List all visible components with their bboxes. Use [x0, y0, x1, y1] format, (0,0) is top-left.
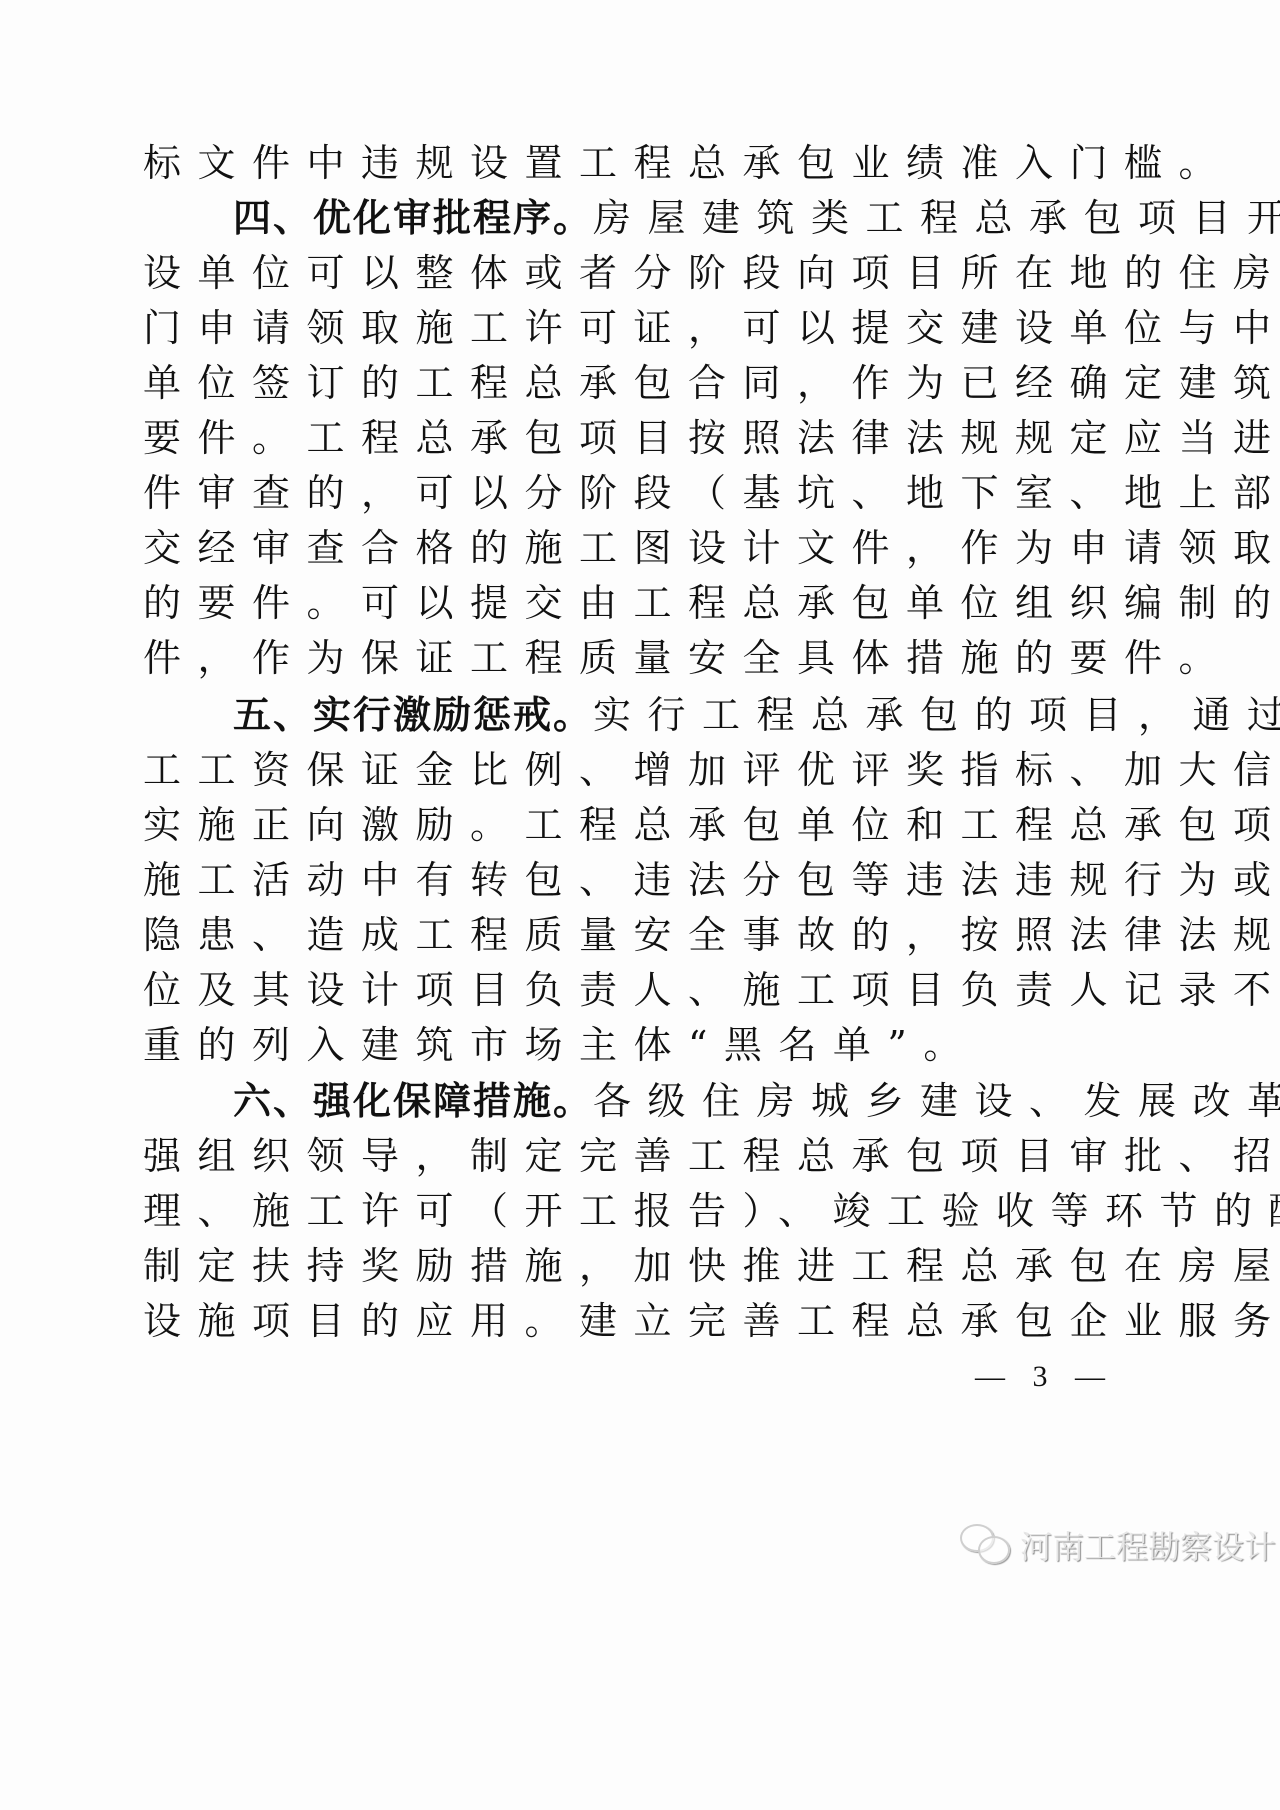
line-text: 设单位可以整体或者分阶段向项目所在地的住房城乡建设主管部 — [143, 251, 1280, 295]
page-number: — 3 — — [975, 1360, 1115, 1394]
line-text: 工工资保证金比例、增加评优评奖指标、加大信贷支持等措施， — [143, 748, 1280, 792]
line-text: 实行工程总承包的项目，通过调减农民 — [593, 693, 1280, 737]
section-heading: 六、强化保障措施。 — [233, 1079, 593, 1123]
body-line: 实施正向激励。工程总承包单位和工程总承包项目经理在设计、 — [143, 797, 1103, 853]
body-line: 设单位可以整体或者分阶段向项目所在地的住房城乡建设主管部 — [143, 245, 1103, 301]
line-text: 施工活动中有转包、违法分包等违法违规行为或者存在重大事故 — [143, 858, 1280, 902]
line-text: 理、施工许可（开工报告）、竣工验收等环节的配套文件，研究 — [143, 1189, 1280, 1233]
body-line: 制定扶持奖励措施，加快推进工程总承包在房屋建筑和市政基础 — [143, 1238, 1103, 1294]
body-line: 标文件中违规设置工程总承包业绩准入门槛。 — [143, 135, 1103, 191]
line-text: 实施正向激励。工程总承包单位和工程总承包项目经理在设计、 — [143, 803, 1280, 847]
body-line: 件，作为保证工程质量安全具体措施的要件。 — [143, 630, 1103, 686]
line-text: 设施项目的应用。建立完善工程总承包企业服务机制，分包领导 — [143, 1299, 1280, 1343]
body-line: 交经审查合格的施工图设计文件，作为申请领取施工许可证所需 — [143, 520, 1103, 576]
section-five-line: 五、实行激励惩戒。实行工程总承包的项目，通过调减农民 — [233, 687, 1103, 743]
document-page: 标文件中违规设置工程总承包业绩准入门槛。 四、优化审批程序。房屋建筑类工程总承包… — [0, 0, 1280, 1810]
line-text: 要件。工程总承包项目按照法律法规规定应当进行施工图设计文 — [143, 416, 1280, 460]
wechat-icon — [960, 1524, 1012, 1566]
watermark: 河南工程勘察设计 — [960, 1525, 1276, 1565]
body-line: 理、施工许可（开工报告）、竣工验收等环节的配套文件，研究 — [143, 1183, 1103, 1239]
line-text: 标文件中违规设置工程总承包业绩准入门槛。 — [143, 141, 1233, 185]
line-text: 各级住房城乡建设、发展改革部门要加 — [593, 1079, 1280, 1123]
line-text: 门申请领取施工许可证，可以提交建设单位与中标的工程总承包 — [143, 306, 1280, 350]
body-line: 要件。工程总承包项目按照法律法规规定应当进行施工图设计文 — [143, 410, 1103, 466]
section-heading: 四、优化审批程序。 — [233, 196, 593, 240]
body-line: 设施项目的应用。建立完善工程总承包企业服务机制，分包领导 — [143, 1293, 1103, 1349]
watermark-text: 河南工程勘察设计 — [1020, 1522, 1276, 1568]
body-line: 强组织领导，制定完善工程总承包项目审批、招标投标、合同管 — [143, 1128, 1103, 1184]
body-line: 位及其设计项目负责人、施工项目负责人记录不良行为，情节严 — [143, 962, 1103, 1018]
line-text: 件审查的，可以分阶段（基坑、地下室、地上部分）、分单体提 — [143, 471, 1280, 515]
body-line: 的要件。可以提交由工程总承包单位组织编制的施工组织设计文 — [143, 575, 1103, 631]
body-line: 施工活动中有转包、违法分包等违法违规行为或者存在重大事故 — [143, 852, 1103, 908]
line-text: 强组织领导，制定完善工程总承包项目审批、招标投标、合同管 — [143, 1134, 1280, 1178]
line-text: 的要件。可以提交由工程总承包单位组织编制的施工组织设计文 — [143, 581, 1280, 625]
line-text: 重的列入建筑市场主体“黑名单”。 — [143, 1023, 978, 1067]
line-text: 位及其设计项目负责人、施工项目负责人记录不良行为，情节严 — [143, 968, 1280, 1012]
body-line: 工工资保证金比例、增加评优评奖指标、加大信贷支持等措施， — [143, 742, 1103, 798]
line-text: 制定扶持奖励措施，加快推进工程总承包在房屋建筑和市政基础 — [143, 1244, 1280, 1288]
body-line: 隐患、造成工程质量安全事故的，按照法律法规对设计、施工单 — [143, 907, 1103, 963]
line-text: 交经审查合格的施工图设计文件，作为申请领取施工许可证所需 — [143, 526, 1280, 570]
line-text: 单位签订的工程总承包合同，作为已经确定建筑施工单位的申请 — [143, 361, 1280, 405]
body-line: 门申请领取施工许可证，可以提交建设单位与中标的工程总承包 — [143, 300, 1103, 356]
body-line: 单位签订的工程总承包合同，作为已经确定建筑施工单位的申请 — [143, 355, 1103, 411]
line-text: 件，作为保证工程质量安全具体措施的要件。 — [143, 636, 1233, 680]
section-heading: 五、实行激励惩戒。 — [233, 693, 593, 737]
section-six-line: 六、强化保障措施。各级住房城乡建设、发展改革部门要加 — [233, 1073, 1103, 1129]
body-line: 重的列入建筑市场主体“黑名单”。 — [143, 1017, 1103, 1073]
section-four-line: 四、优化审批程序。房屋建筑类工程总承包项目开工前，建 — [233, 190, 1103, 246]
line-text: 房屋建筑类工程总承包项目开工前，建 — [593, 196, 1280, 240]
line-text: 隐患、造成工程质量安全事故的，按照法律法规对设计、施工单 — [143, 913, 1280, 957]
body-line: 件审查的，可以分阶段（基坑、地下室、地上部分）、分单体提 — [143, 465, 1103, 521]
